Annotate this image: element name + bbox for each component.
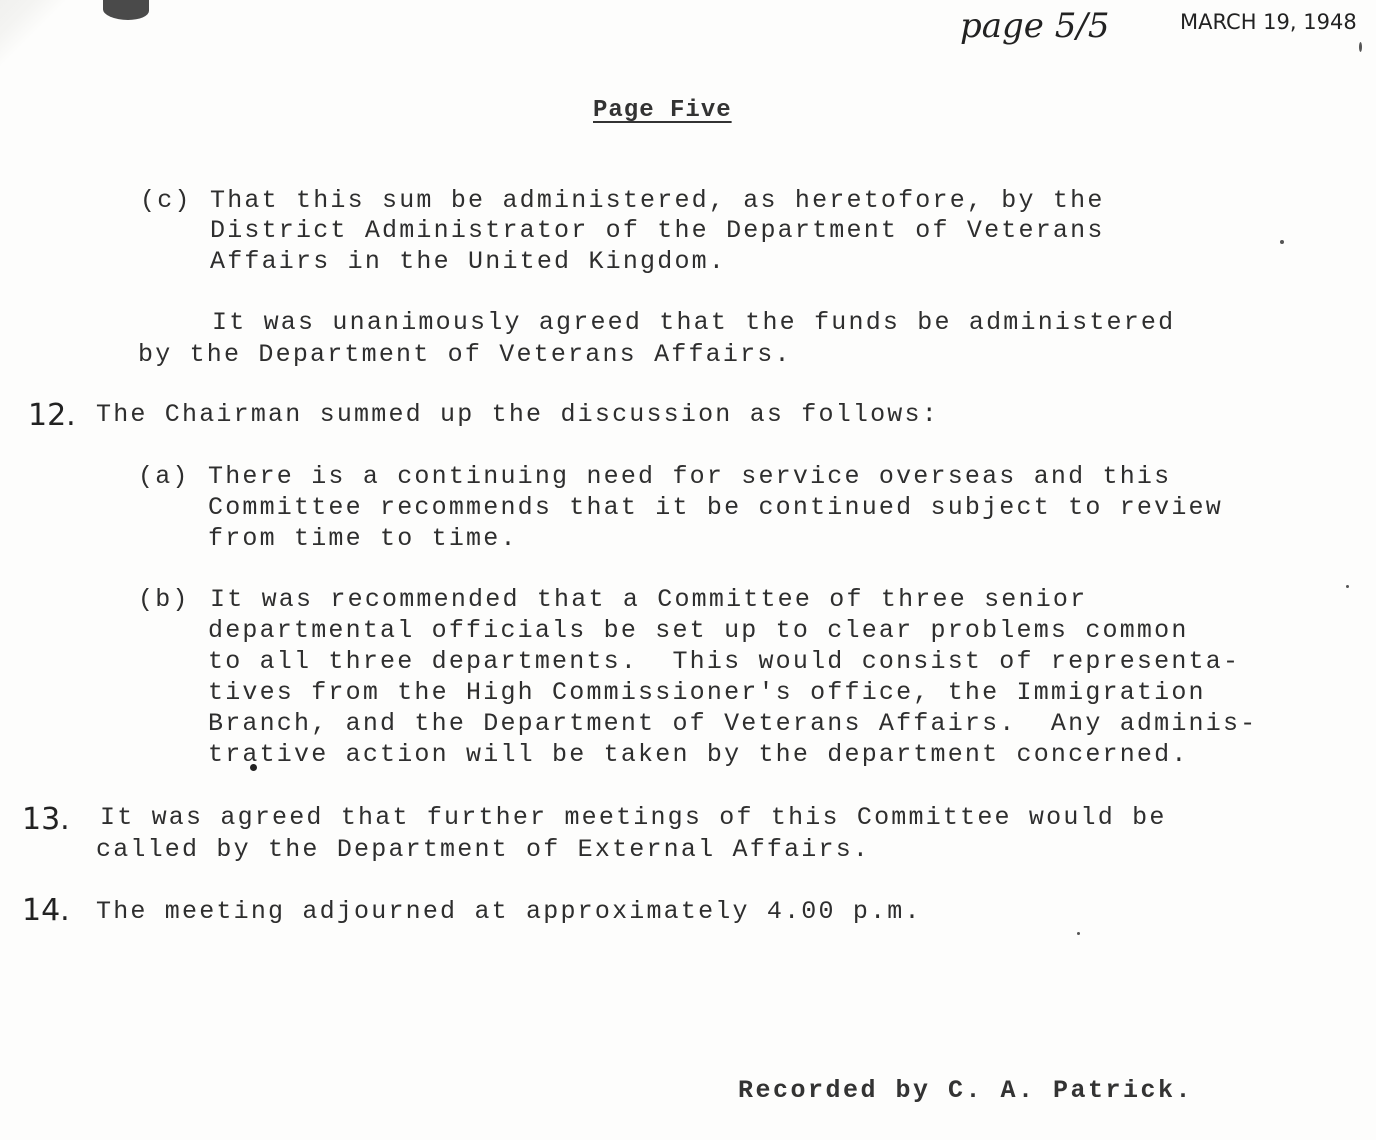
handwritten-page-number: page 5/5 [960, 6, 1109, 46]
speck [1359, 42, 1362, 52]
item-c-line: That this sum be administered, as hereto… [210, 186, 1105, 215]
item-c-label: (c) [140, 186, 192, 215]
item-13-number: 13. [22, 802, 70, 837]
item-12b-line: Branch, and the Department of Veterans A… [208, 709, 1257, 738]
recorded-by-signature: Recorded by C. A. Patrick. [738, 1076, 1193, 1105]
item-12-number: 12. [28, 398, 76, 433]
speck [250, 764, 257, 771]
item-12a-line: Committee recommends that it be continue… [208, 493, 1223, 522]
item-13-line: It was agreed that further meetings of t… [100, 803, 1167, 832]
item-12b-line: tives from the High Commissioner's offic… [208, 678, 1206, 707]
ink-blot [103, 0, 149, 20]
item-12a-label: (a) [138, 462, 190, 491]
item-12b-line: to all three departments. This would con… [208, 647, 1240, 676]
item-c-line: Affairs in the United Kingdom. [210, 247, 726, 276]
page-title: Page Five [593, 97, 732, 124]
item-12a-line: from time to time. [208, 524, 518, 553]
item-12b-line: trative action will be taken by the depa… [208, 740, 1189, 769]
item-12a-line: There is a continuing need for service o… [208, 462, 1171, 491]
item-12b-line: It was recommended that a Committee of t… [210, 585, 1087, 614]
item-12-text: The Chairman summed up the discussion as… [96, 400, 939, 429]
speck [1346, 585, 1349, 588]
item-14-text: The meeting adjourned at approximately 4… [96, 897, 922, 926]
handwritten-date: MARCH 19, 1948 [1180, 10, 1357, 34]
item-12b-label: (b) [138, 585, 190, 614]
page-fold-shadow [0, 0, 80, 80]
speck [1077, 932, 1080, 935]
agreement-line: It was unanimously agreed that the funds… [212, 308, 1175, 337]
item-14-number: 14. [22, 893, 70, 928]
item-13-line: called by the Department of External Aff… [96, 835, 870, 864]
agreement-line: by the Department of Veterans Affairs. [138, 340, 792, 369]
speck [1280, 240, 1284, 244]
item-c-line: District Administrator of the Department… [210, 216, 1105, 245]
item-12b-line: departmental officials be set up to clea… [208, 616, 1189, 645]
